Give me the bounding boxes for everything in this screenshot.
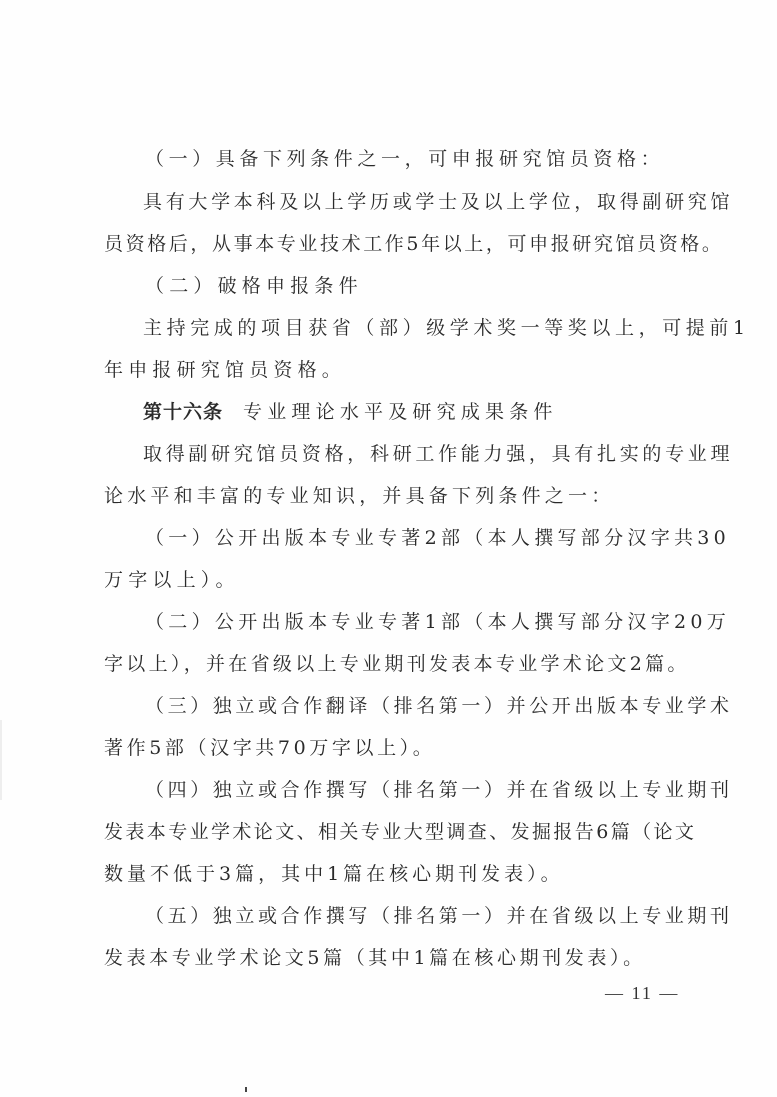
page-number: — 11 — [605, 983, 679, 1004]
item-3: （三）独立或合作翻译（排名第一）并公开出版本专业学术 [145, 694, 733, 718]
item-1-cont: 万字以上）。 [104, 568, 240, 592]
document-page: （一）具备下列条件之一，可申报研究馆员资格： 具有大学本科及以上学历或学士及以上… [0, 0, 777, 1097]
item-4-cont: 发表本专业学术论文、相关专业大型调查、发掘报告6篇（论文 [104, 820, 696, 844]
para-2-text-cont: 年申报研究馆员资格。 [104, 358, 346, 382]
article-16-intro: 取得副研究馆员资格，科研工作能力强，具有扎实的专业理 [143, 442, 733, 466]
article-16-line: 第十六条专业理论水平及研究成果条件 [143, 400, 558, 424]
item-3-cont: 著作5部（汉字共70万字以上）。 [104, 736, 435, 760]
article-16-heading: 第十六条 [143, 401, 223, 423]
item-2: （二）公开出版本专业专著1部（本人撰写部分汉字20万 [145, 610, 730, 634]
item-5-cont: 发表本专业学术论文5篇（其中1篇在核心期刊发表）。 [104, 946, 646, 970]
para-1-text: 具有大学本科及以上学历或学士及以上学位，取得副研究馆 [143, 190, 733, 214]
para-2-text: 主持完成的项目获省（部）级学术奖一等奖以上，可提前1 [143, 316, 750, 340]
para-1-title: （一）具备下列条件之一，可申报研究馆员资格： [145, 147, 664, 171]
scan-edge [0, 720, 2, 800]
para-1-text-cont: 员资格后，从事本专业技术工作5年以上，可申报研究馆员资格。 [104, 232, 724, 256]
item-4-cont-2: 数量不低于3篇，其中1篇在核心期刊发表）。 [104, 862, 564, 886]
item-5: （五）独立或合作撰写（排名第一）并在省级以上专业期刊 [145, 904, 733, 928]
scan-speck [245, 1087, 247, 1092]
item-4: （四）独立或合作撰写（排名第一）并在省级以上专业期刊 [145, 778, 733, 802]
article-16-title: 专业理论水平及研究成果条件 [243, 401, 558, 423]
para-2-title: （二）破格申报条件 [145, 274, 363, 298]
item-2-cont: 字以上），并在省级以上专业期刊发表本专业学术论文2篇。 [104, 652, 690, 676]
article-16-intro-cont: 论水平和丰富的专业知识，并具备下列条件之一： [104, 484, 614, 508]
item-1: （一）公开出版本专业专著2部（本人撰写部分汉字共30 [145, 526, 730, 550]
